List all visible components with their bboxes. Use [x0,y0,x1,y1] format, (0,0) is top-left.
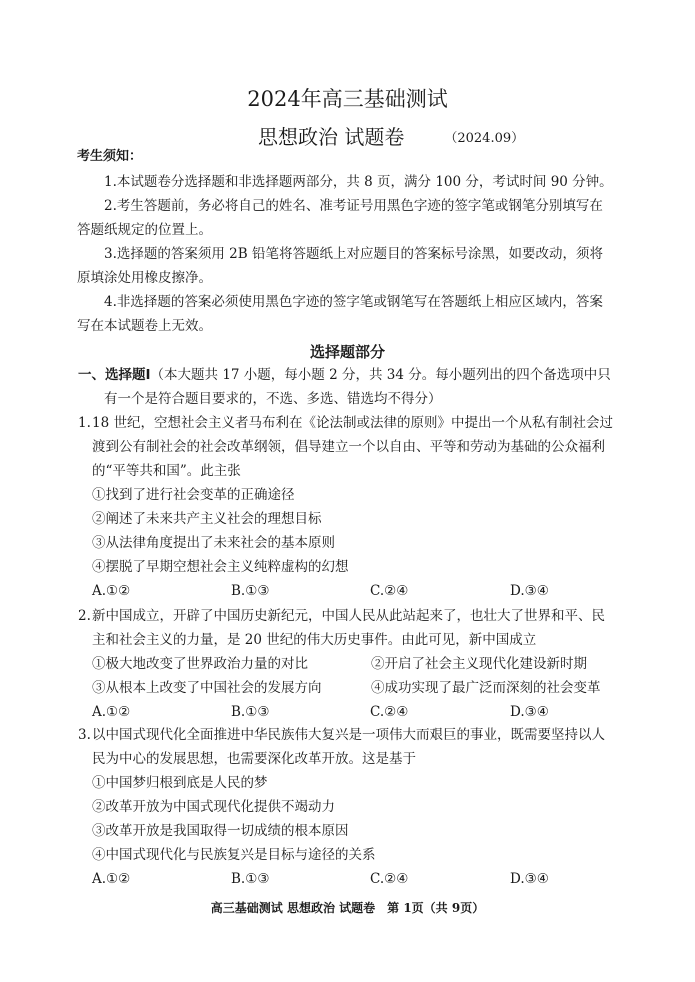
notice-heading: 考生须知： [77,148,142,166]
part-description: （本大题共 17 小题，每小题 2 分，共 34 分。每小题列出的四个备选项中只 [151,367,611,383]
statement-1: ①中国梦归根到底是人民的梦 [92,774,268,792]
choice-a: A.①② [92,582,130,600]
exam-date: （2024.09） [444,131,524,146]
statement-3: ③从根本上改变了中国社会的发展方向 [92,679,322,697]
question-stem-line: 主和社会主义的力量，是 20 世纪的伟大历史事件。由此可见，新中国成立 [92,631,536,649]
part-label: 一、选择题Ⅰ [78,367,151,383]
notice-item-3-cont: 原填涂处用橡皮擦净。 [77,269,212,287]
question-stem-line: 的“平等共和国”。此主张 [92,462,241,480]
choice-c: C.②④ [370,870,408,888]
part-description-cont: 有一个是符合题目要求的，不选、多选、错选均不得分） [104,390,442,408]
choice-d: D.③④ [510,870,549,888]
notice-item-2: 2.考生答题前，务必将自己的姓名、准考证号用黑色字迹的签字笔或钢笔分别填写在 [104,197,603,215]
subject-title: 思想政治 试题卷 [258,125,404,149]
question-number: 3. [78,726,91,744]
choice-d: D.③④ [510,703,549,721]
choice-c: C.②④ [370,703,408,721]
statement-4: ④摆脱了早期空想社会主义纯粹虚构的幻想 [92,558,349,576]
exam-title: 2024年高三基础测试 [0,86,695,112]
choice-d: D.③④ [510,582,549,600]
part-heading: 一、选择题Ⅰ（本大题共 17 小题，每小题 2 分，共 34 分。每小题列出的四… [78,366,611,384]
notice-item-1: 1.本试题卷分选择题和非选择题两部分，共 8 页，满分 100 分，考试时间 9… [104,173,613,191]
choice-b: B.①③ [231,582,269,600]
question-number: 1. [78,414,91,432]
statement-2: ②开启了社会主义现代化建设新时期 [371,655,587,673]
question-stem-line: 新中国成立，开辟了中国历史新纪元，中国人民从此站起来了，也壮大了世界和平、民 [92,607,605,625]
statement-1: ①极大地改变了世界政治力量的对比 [92,655,308,673]
statement-3: ③从法律角度提出了未来社会的基本原则 [92,534,335,552]
page-footer: 高三基础测试 思想政治 试题卷 第 1页（共 9页） [0,899,695,916]
statement-1: ①找到了进行社会变革的正确途径 [92,486,295,504]
question-number: 2. [78,607,91,625]
statement-2: ②改革开放为中国式现代化提供不竭动力 [92,798,335,816]
question-stem-line: 18 世纪，空想社会主义者马布利在《论法制或法律的原则》中提出一个从私有制社会过 [92,414,613,432]
statement-4: ④中国式现代化与民族复兴是目标与途径的关系 [92,846,376,864]
choice-a: A.①② [92,703,130,721]
statement-2: ②阐述了未来共产主义社会的理想目标 [92,510,322,528]
notice-item-4-cont: 写在本试题卷上无效。 [77,317,212,335]
choice-b: B.①③ [231,870,269,888]
exam-page: 2024年高三基础测试 思想政治 试题卷（2024.09） 考生须知： 1.本试… [0,0,695,982]
section-title: 选择题部分 [0,341,695,362]
statement-4: ④成功实现了最广泛而深刻的社会变革 [371,679,601,697]
notice-item-3: 3.选择题的答案须用 2B 铅笔将答题纸上对应题目的答案标号涂黑，如要改动，须将 [104,245,603,263]
statement-3: ③改革开放是我国取得一切成绩的根本原因 [92,822,349,840]
notice-item-2-cont: 答题纸规定的位置上。 [77,221,212,239]
choice-c: C.②④ [370,582,408,600]
question-stem-line: 渡到公有制社会的社会改革纲领，倡导建立一个以自由、平等和劳动为基础的公众福利 [92,438,605,456]
exam-subtitle: 思想政治 试题卷（2024.09） [258,124,524,152]
choice-a: A.①② [92,870,130,888]
question-stem-line: 以中国式现代化全面推进中华民族伟大复兴是一项伟大而艰巨的事业，既需要坚持以人 [92,726,605,744]
choice-b: B.①③ [231,703,269,721]
notice-item-4: 4.非选择题的答案必须使用黑色字迹的签字笔或钢笔写在答题纸上相应区域内，答案 [104,293,603,311]
question-stem-line: 民为中心的发展思想，也需要深化改革开放。这是基于 [92,750,416,768]
